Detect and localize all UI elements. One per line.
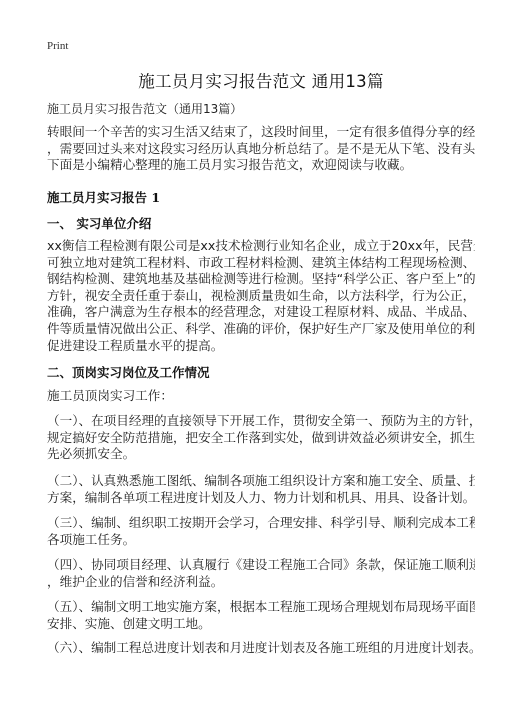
duty-item-5: （五）、编制文明工地实施方案，根据本工程施工现场合理规划布局现场平面图， 安排、…: [47, 599, 475, 632]
document-title: 施工员月实习报告范文 通用13篇: [47, 68, 475, 92]
text-line: 下面是小编精心整理的施工员月实习报告范文，欢迎阅读与收藏。: [47, 157, 475, 174]
section-heading-position: 二、顶岗实习岗位及工作情况: [47, 363, 210, 381]
text-line: （四）、协同项目经理、认真履行《建设工程施工合同》条款，保证施工顺利进行: [47, 557, 475, 574]
text-line: 件等质量情况做出公正、科学、准确的评价，保护好生产厂家及使用单位的利益，: [47, 321, 475, 338]
text-line: ，维护企业的信誉和经济利益。: [47, 574, 475, 591]
duty-item-3: （三）、编制、组织职工按期开会学习，合理安排、科学引导、顺利完成本工程的 各项施…: [47, 515, 475, 548]
duty-item-1: （一）、在项目经理的直接领导下开展工作，贯彻安全第一、预防为主的方针，按 规定搞…: [47, 413, 475, 463]
duty-item-2: （二）、认真熟悉施工图纸、编制各项施工组织设计方案和施工安全、质量、技术 方案，…: [47, 473, 475, 506]
text-line: （二）、认真熟悉施工图纸、编制各项施工组织设计方案和施工安全、质量、技术: [47, 473, 475, 490]
position-intro: 施工员顶岗实习工作：: [47, 388, 475, 405]
text-line: 安排、实施、创建文明工地。: [47, 616, 475, 633]
text-line: 转眼间一个辛苦的实习生活又结束了，这段时间里，一定有很多值得分享的经验吧: [47, 124, 475, 141]
duty-item-6: （六）、编制工程总进度计划表和月进度计划表及各施工班组的月进度计划表。: [47, 640, 475, 657]
text-line: 先必须抓安全。: [47, 446, 475, 463]
text-line: 方针，视安全责任重于泰山，视检测质量贵如生命，以方法科学，行为公正，结果: [47, 288, 475, 305]
text-line: 规定搞好安全防范措施，把安全工作落到实处，做到讲效益必须讲安全，抓生产首: [47, 430, 475, 447]
text-line: 方案，编制各单项工程进度计划及人力、物力计划和机具、用具、设备计划。: [47, 490, 475, 507]
text-line: （五）、编制文明工地实施方案，根据本工程施工现场合理规划布局现场平面图，: [47, 599, 475, 616]
text-line: 施工员顶岗实习工作：: [47, 388, 475, 405]
text-line: xx衡信工程检测有限公司是xx技术检测行业知名企业，成立于20xx年，民营企业，: [47, 238, 475, 255]
text-line: ，需要回过头来对这段实习经历认真地分析总结了。是不是无从下笔、没有头绪？: [47, 141, 475, 158]
intro-paragraph: 转眼间一个辛苦的实习生活又结束了，这段时间里，一定有很多值得分享的经验吧 ，需要…: [47, 124, 475, 174]
text-line: 准确，客户满意为生存根本的经营理念，对建设工程原材料、成品、半成品、构配: [47, 304, 475, 321]
duty-item-4: （四）、协同项目经理、认真履行《建设工程施工合同》条款，保证施工顺利进行 ，维护…: [47, 557, 475, 590]
document-subtitle: 施工员月实习报告范文（通用13篇）: [47, 100, 242, 117]
text-line: （一）、在项目经理的直接领导下开展工作，贯彻安全第一、预防为主的方针，按: [47, 413, 475, 430]
unit-intro-paragraph: xx衡信工程检测有限公司是xx技术检测行业知名企业，成立于20xx年，民营企业，…: [47, 238, 475, 354]
text-line: 可独立地对建筑工程材料、市政工程材料检测、建筑主体结构工程现场检测、建筑: [47, 255, 475, 272]
text-line: 钢结构检测、建筑地基及基础检测等进行检测。坚持“科学公正、客户至上”的质量: [47, 271, 475, 288]
text-line: （六）、编制工程总进度计划表和月进度计划表及各施工班组的月进度计划表。: [47, 640, 475, 657]
text-line: 各项施工任务。: [47, 532, 475, 549]
text-line: （三）、编制、组织职工按期开会学习，合理安排、科学引导、顺利完成本工程的: [47, 515, 475, 532]
print-label[interactable]: Print: [47, 40, 68, 52]
text-line: 促进建设工程质量水平的提高。: [47, 338, 475, 355]
section-heading-unit-intro: 一、 实习单位介绍: [47, 214, 151, 232]
report-heading: 施工员月实习报告 1: [47, 188, 160, 206]
